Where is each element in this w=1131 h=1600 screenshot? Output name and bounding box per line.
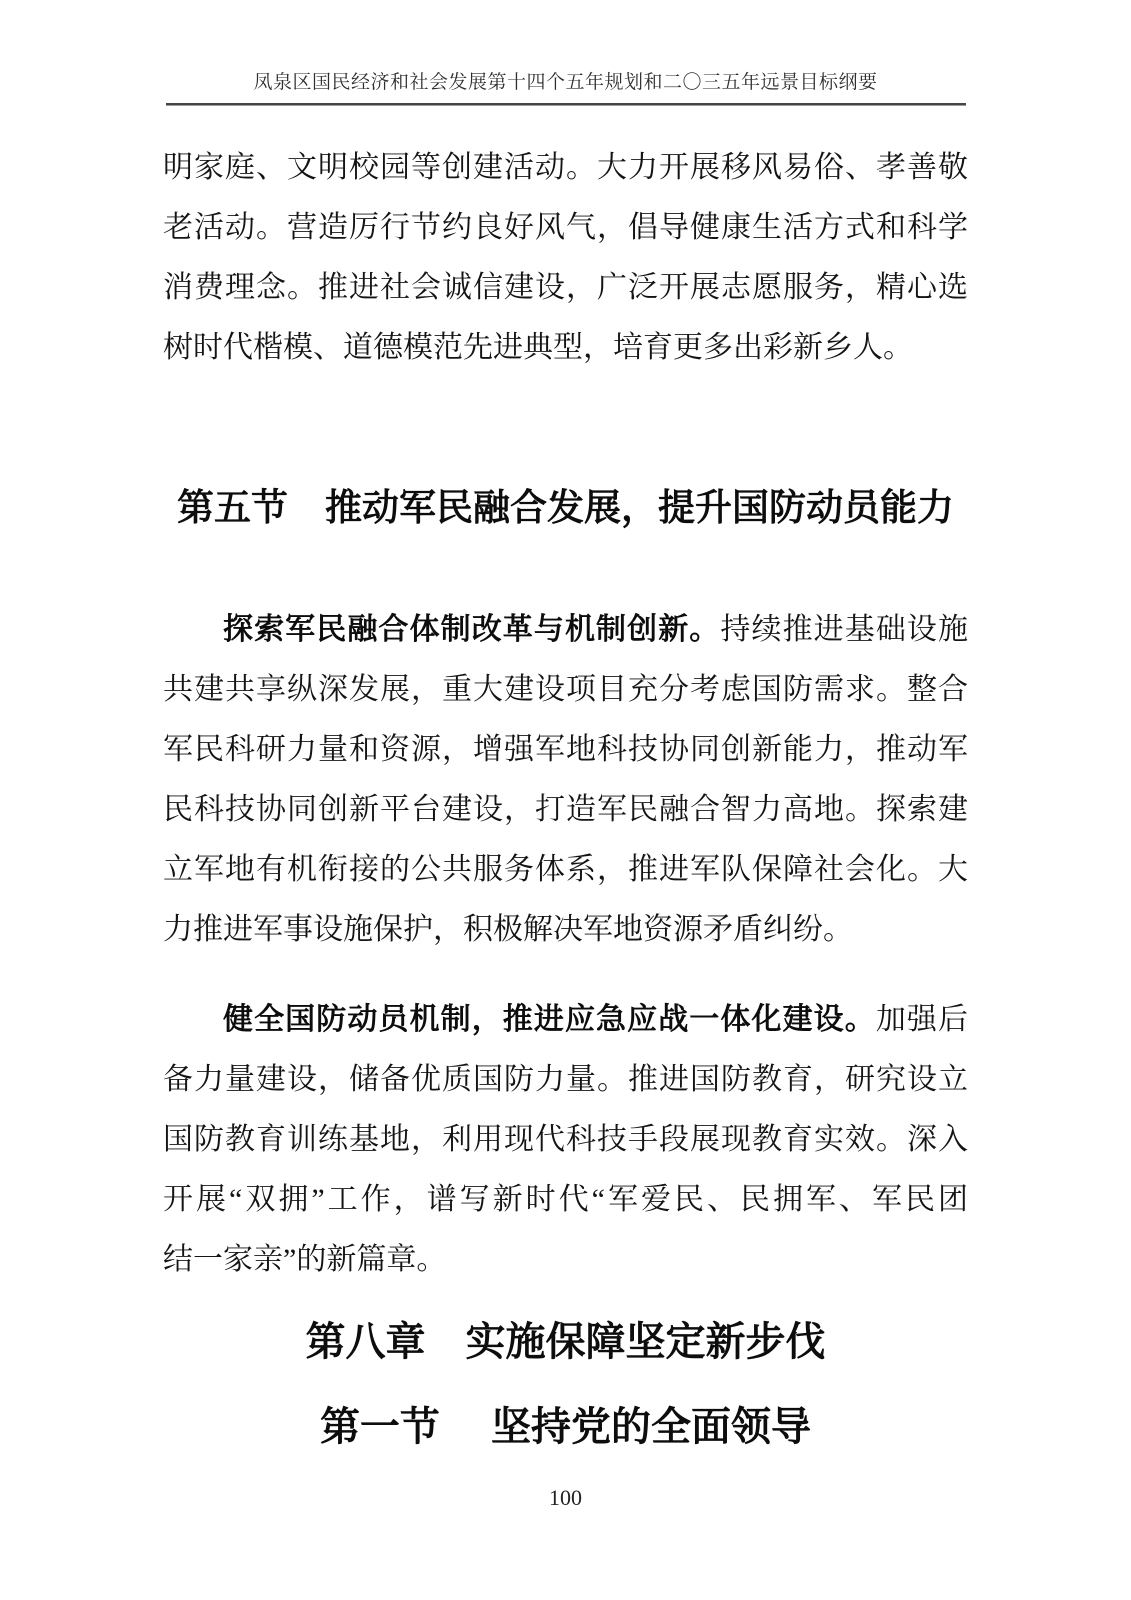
text-line: 立军地有机衔接的公共服务体系，推进军队保障社会化。大 [163,840,968,900]
page-number: 100 [549,1485,582,1510]
text-line: 开展“双拥”工作，谱写新时代“军爱民、民拥军、军民团 [163,1170,968,1230]
text-line: 国防教育训练基地，利用现代科技手段展现教育实效。深入 [163,1110,968,1170]
text-line: 健全国防动员机制，推进应急应战一体化建设。加强后 [163,990,968,1050]
text-line: 消费理念。推进社会诚信建设，广泛开展志愿服务，精心选 [163,258,968,318]
text-line: 民科技协同创新平台建设，打造军民融合智力高地。探索建 [163,780,968,840]
document-body: 明家庭、文明校园等创建活动。大力开展移风易俗、孝善敬 老活动。营造厉行节约良好风… [163,138,968,1457]
paragraph-3-lead-rest: 加强后 [876,1003,968,1036]
running-header-title: 凤泉区国民经济和社会发展第十四个五年规划和二〇三五年远景目标纲要 [0,71,1131,95]
page-footer: 100 [0,1485,1131,1511]
header-divider [166,103,966,106]
text-line: 探索军民融合体制改革与机制创新。持续推进基础设施 [163,600,968,660]
paragraph-3: 健全国防动员机制，推进应急应战一体化建设。加强后 备力量建设，储备优质国防力量。… [163,990,968,1290]
text-line: 力推进军事设施保护，积极解决军地资源矛盾纠纷。 [163,900,968,960]
section-5-heading: 第五节 推动军民融合发展，提升国防动员能力 [163,478,968,538]
document-page: 凤泉区国民经济和社会发展第十四个五年规划和二〇三五年远景目标纲要 明家庭、文明校… [0,0,1131,1600]
text-line: 备力量建设，储备优质国防力量。推进国防教育，研究设立 [163,1050,968,1110]
page-header: 凤泉区国民经济和社会发展第十四个五年规划和二〇三五年远景目标纲要 [0,0,1131,106]
text-line: 老活动。营造厉行节约良好风气，倡导健康生活方式和科学 [163,198,968,258]
text-line: 军民科研力量和资源，增强军地科技协同创新能力，推动军 [163,720,968,780]
text-line: 树时代楷模、道德模范先进典型，培育更多出彩新乡人。 [163,318,968,378]
paragraph-3-lead: 健全国防动员机制，推进应急应战一体化建设。 [223,1003,876,1036]
section-1-heading: 第一节 坚持党的全面领导 [163,1397,968,1457]
text-line: 共建共享纵深发展，重大建设项目充分考虑国防需求。整合 [163,660,968,720]
text-line: 明家庭、文明校园等创建活动。大力开展移风易俗、孝善敬 [163,138,968,198]
paragraph-2-lead: 探索军民融合体制改革与机制创新。 [223,613,720,646]
chapter-8-heading: 第八章 实施保障坚定新步伐 [163,1312,968,1372]
paragraph-2: 探索军民融合体制改革与机制创新。持续推进基础设施 共建共享纵深发展，重大建设项目… [163,600,968,960]
paragraph-2-lead-rest: 持续推进基础设施 [720,613,968,646]
paragraph-1: 明家庭、文明校园等创建活动。大力开展移风易俗、孝善敬 老活动。营造厉行节约良好风… [163,138,968,378]
text-line: 结一家亲”的新篇章。 [163,1230,968,1290]
